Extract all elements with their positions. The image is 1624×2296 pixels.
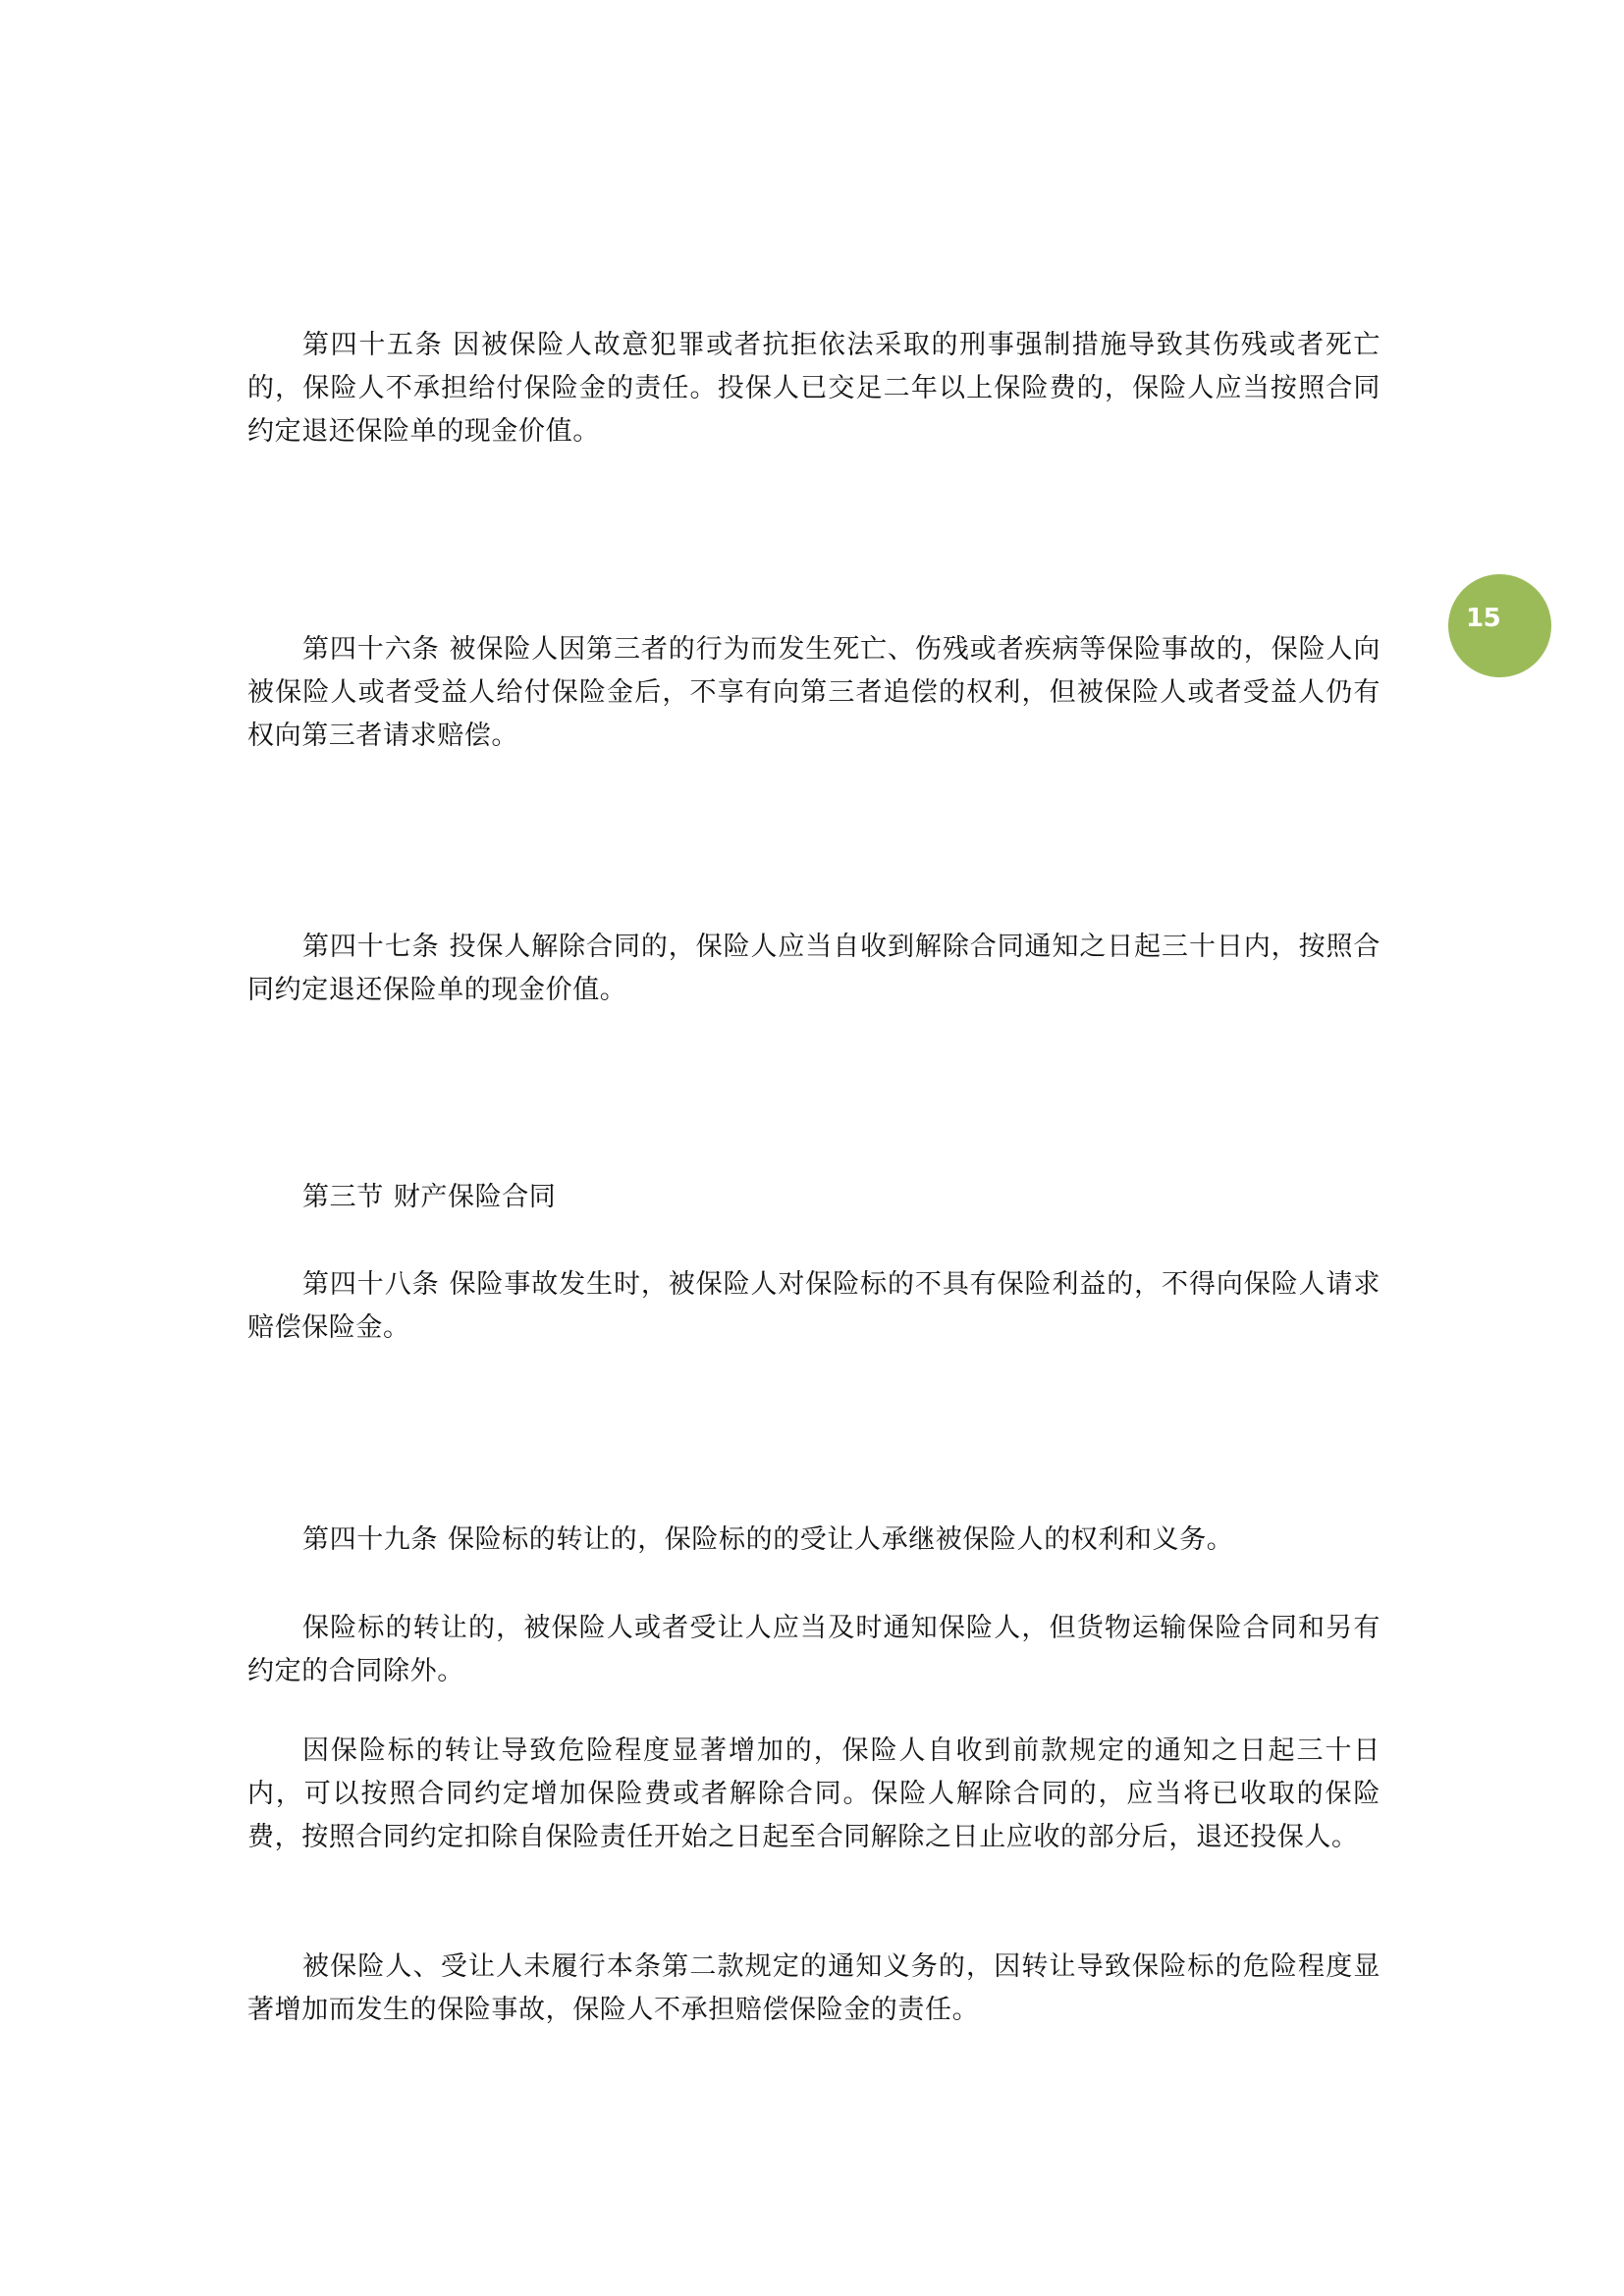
article-label: 第四十六条 [302, 634, 440, 665]
article-label: 第四十七条 [302, 932, 440, 962]
article-49-clause-4: 被保险人、受让人未履行本条第二款规定的通知义务的，因转让导致保险标的危险程度显著… [247, 1946, 1380, 2032]
article-49: 第四十九条保险标的转让的，保险标的的受让人承继被保险人的权利和义务。 [247, 1519, 1380, 1562]
article-45: 第四十五条因被保险人故意犯罪或者抗拒依法采取的刑事强制措施导致其伤残或者死亡的，… [247, 324, 1380, 454]
document-page: 第四十五条因被保险人故意犯罪或者抗拒依法采取的刑事强制措施导致其伤残或者死亡的，… [0, 0, 1624, 2296]
article-text: 保险标的转让的，保险标的的受让人承继被保险人的权利和义务。 [448, 1524, 1233, 1555]
article-46: 第四十六条被保险人因第三者的行为而发生死亡、伤残或者疾病等保险事故的，保险人向被… [247, 628, 1380, 758]
article-49-clause-2: 保险标的转让的，被保险人或者受让人应当及时通知保险人，但货物运输保险合同和另有约… [247, 1607, 1380, 1693]
clause-text: 保险标的转让的，被保险人或者受让人应当及时通知保险人，但货物运输保险合同和另有约… [247, 1613, 1380, 1686]
section-label: 第三节 [302, 1182, 384, 1212]
clause-text: 被保险人、受让人未履行本条第二款规定的通知义务的，因转让导致保险标的危险程度显著… [247, 1951, 1380, 2025]
clause-text: 因保险标的转让导致危险程度显著增加的，保险人自收到前款规定的通知之日起三十日内，… [247, 1735, 1380, 1852]
section-heading: 第三节财产保险合同 [247, 1176, 1380, 1219]
page-number: 15 [1466, 604, 1500, 633]
page-number-badge: 15 [1448, 574, 1551, 677]
section-title: 财产保险合同 [394, 1182, 557, 1212]
article-47: 第四十七条投保人解除合同的，保险人应当自收到解除合同通知之日起三十日内，按照合同… [247, 926, 1380, 1012]
article-label: 第四十五条 [302, 330, 443, 360]
article-49-clause-3: 因保险标的转让导致危险程度显著增加的，保险人自收到前款规定的通知之日起三十日内，… [247, 1730, 1380, 1859]
article-label: 第四十八条 [302, 1269, 440, 1300]
article-label: 第四十九条 [302, 1524, 438, 1555]
article-48: 第四十八条保险事故发生时，被保险人对保险标的不具有保险利益的，不得向保险人请求赔… [247, 1263, 1380, 1350]
